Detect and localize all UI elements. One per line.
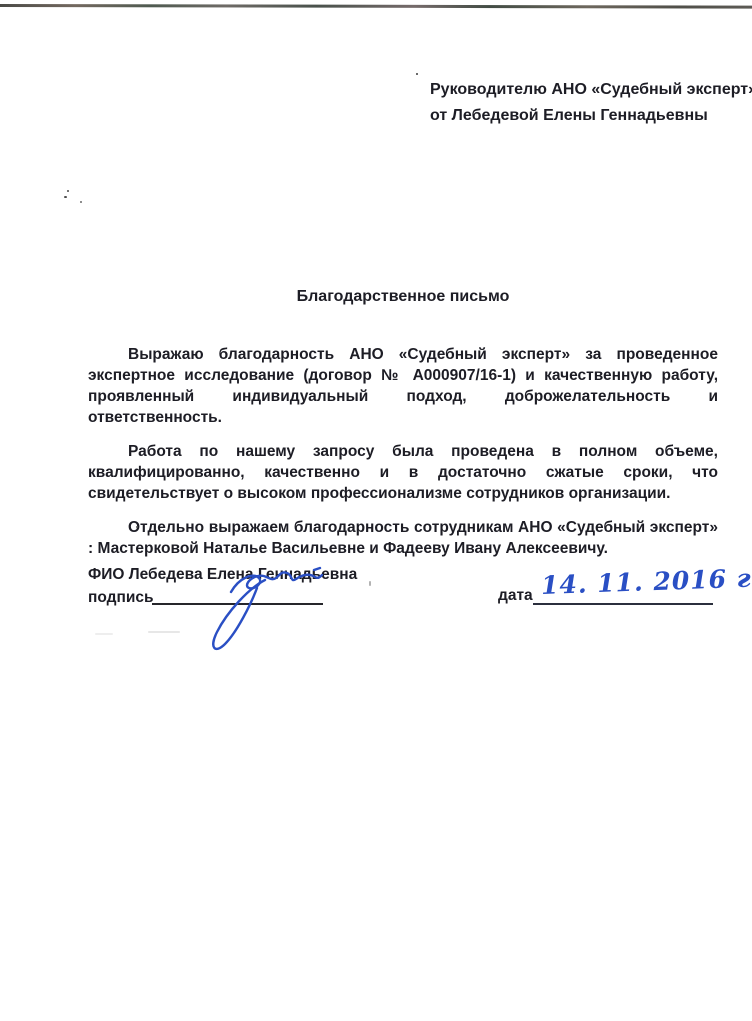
sender-line: от Лебедевой Елены Геннадьевны xyxy=(430,103,752,129)
scan-faint-mark xyxy=(95,633,113,635)
recipient-block: Руководителю АНО «Судебный эксперт» от Л… xyxy=(430,77,752,129)
paragraph-work-quality: Работа по нашему запросу была проведена … xyxy=(88,441,718,504)
letter-body: Выражаю благодарность АНО «Судебный эксп… xyxy=(88,344,718,572)
scan-speckle xyxy=(64,196,67,198)
scanner-artifact-line xyxy=(0,4,752,9)
date-underline xyxy=(533,603,713,605)
scan-speckle xyxy=(80,201,82,203)
scan-speckle xyxy=(136,526,138,528)
handwritten-signature xyxy=(183,566,325,654)
date-label: дата xyxy=(498,587,533,605)
scan-speckle xyxy=(416,73,418,75)
scan-faint-mark xyxy=(148,631,180,633)
paragraph-staff-thanks: Отдельно выражаем благодарность сотрудни… xyxy=(88,517,718,559)
recipient-line: Руководителю АНО «Судебный эксперт» xyxy=(430,77,752,103)
letter-title: Благодарственное письмо xyxy=(88,288,718,306)
paragraph-gratitude: Выражаю благодарность АНО «Судебный эксп… xyxy=(88,344,718,428)
scanned-letter-page: Руководителю АНО «Судебный эксперт» от Л… xyxy=(0,0,752,1021)
signature-label: подпись xyxy=(88,589,154,607)
scan-speckle xyxy=(67,190,69,192)
scan-speckle xyxy=(369,581,371,586)
